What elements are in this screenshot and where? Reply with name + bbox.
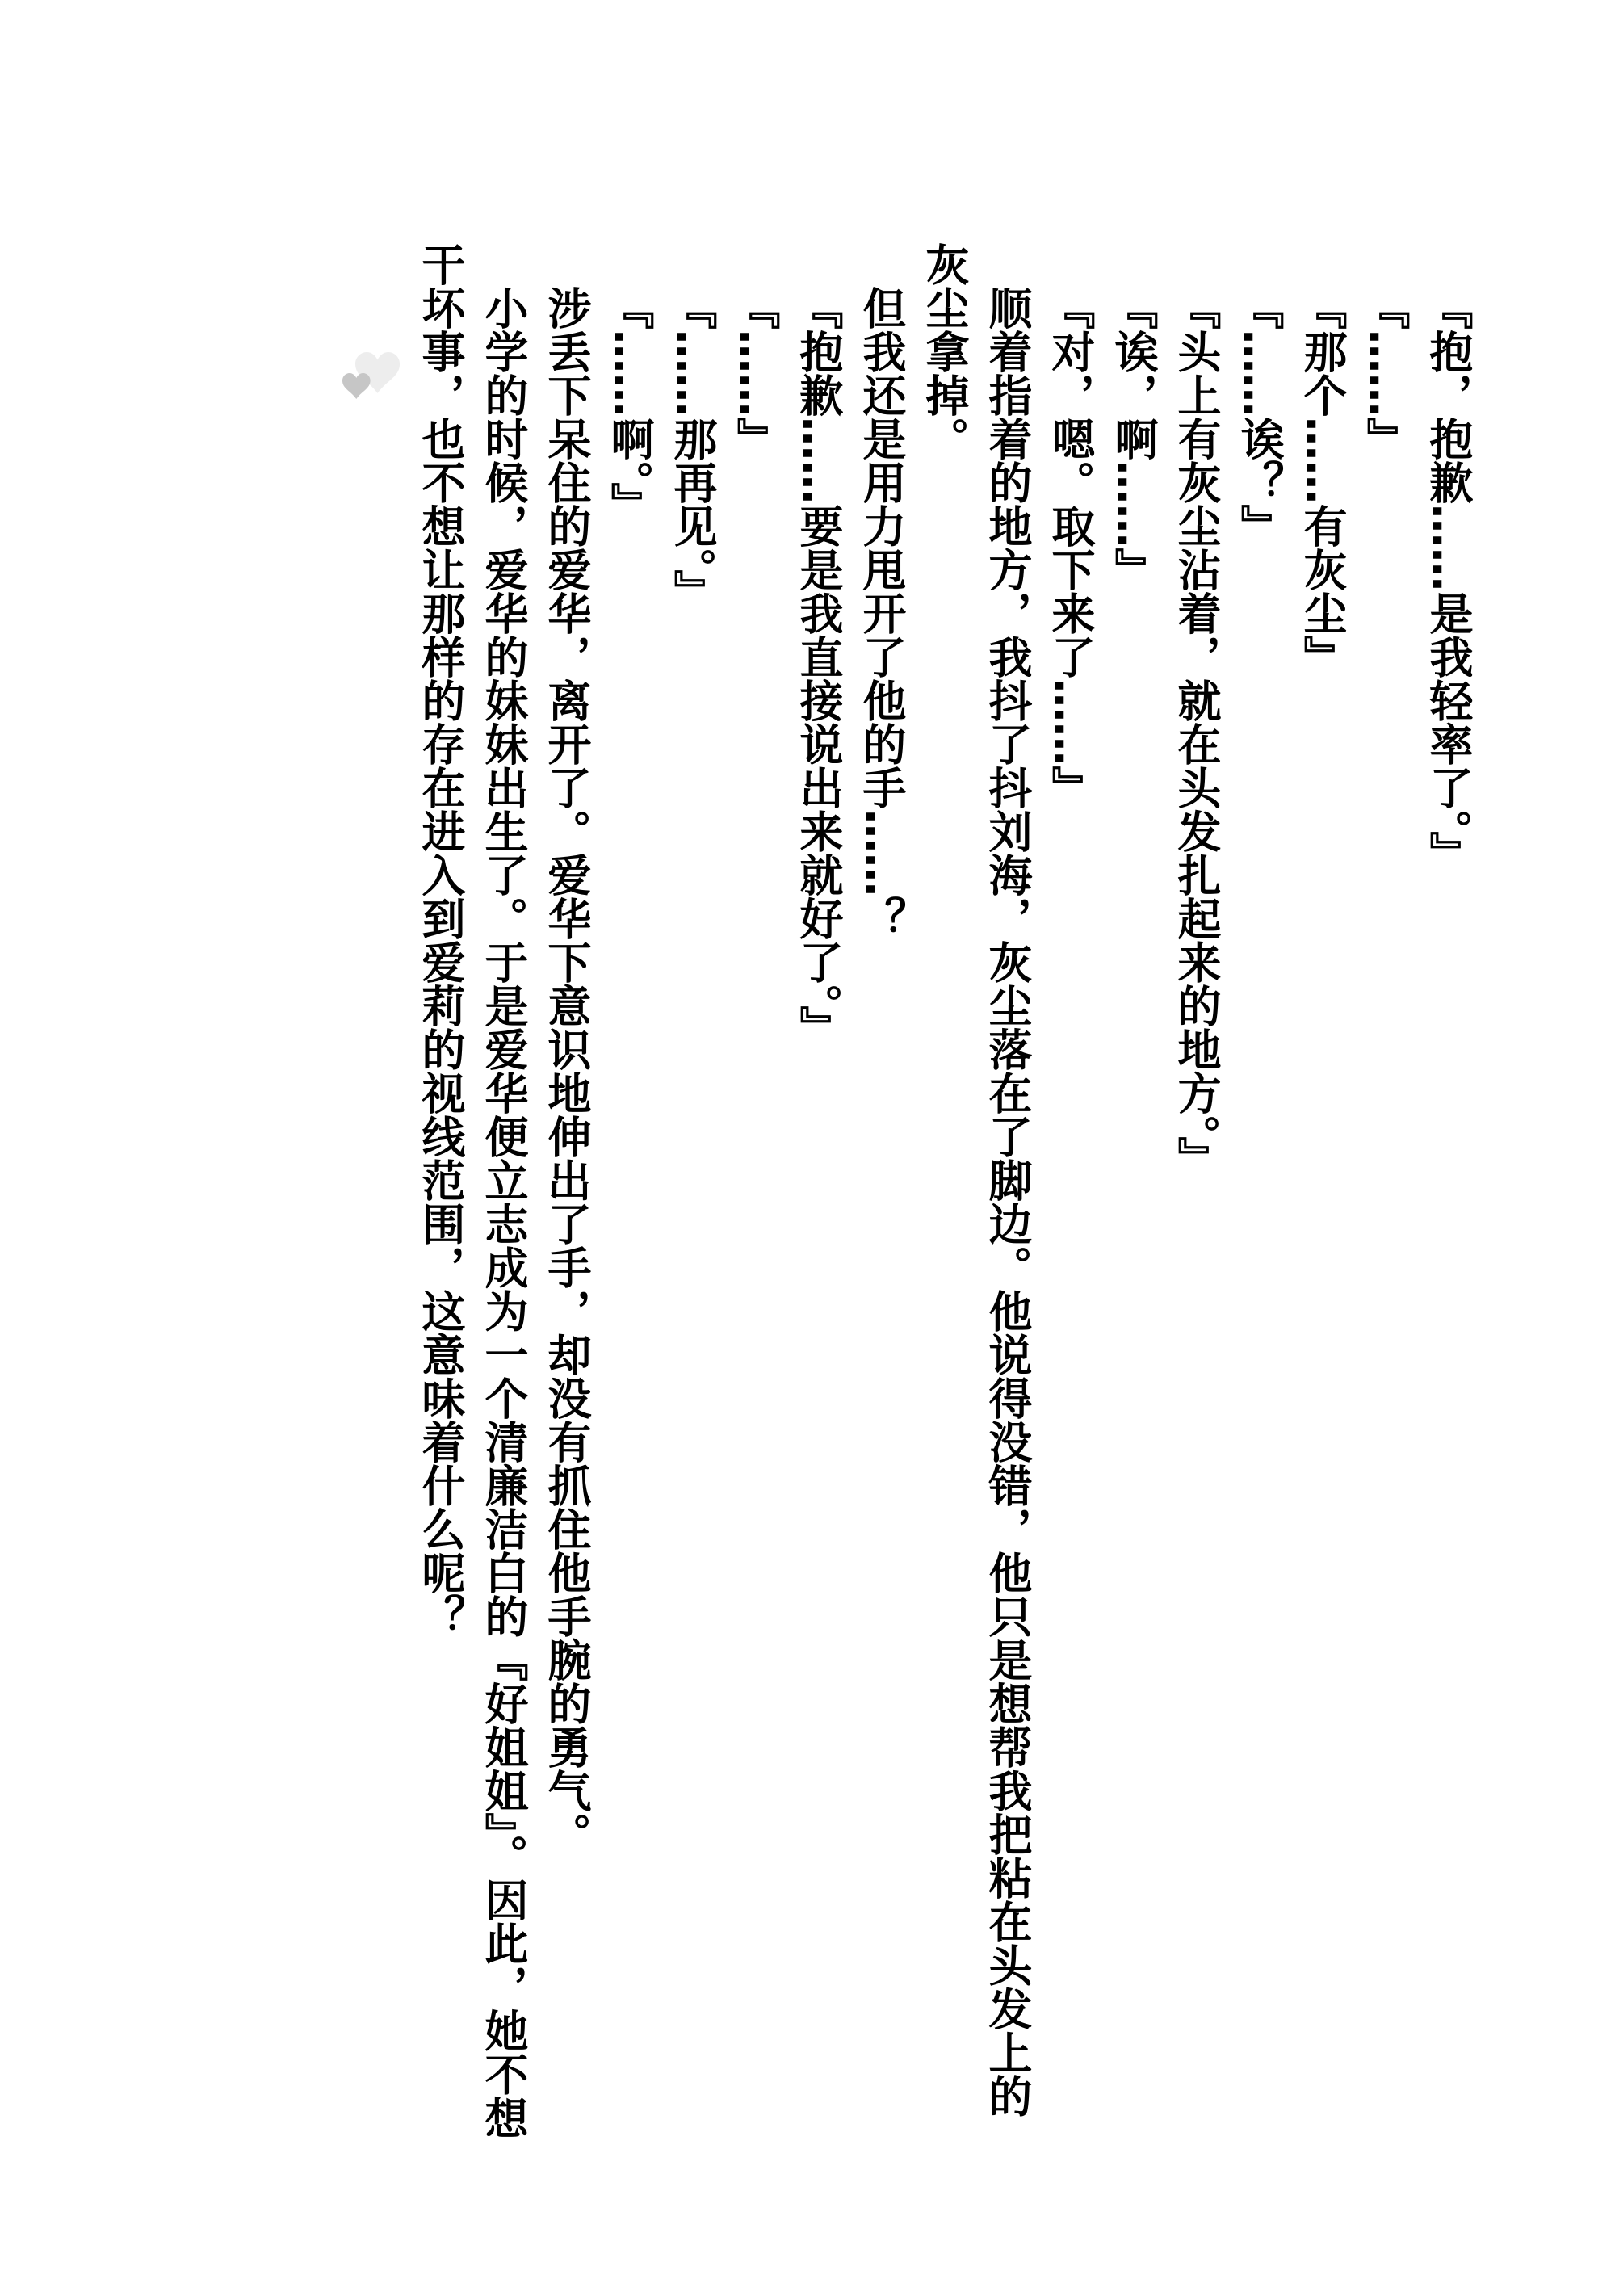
dialogue-line: 『抱，抱歉……是我轻率了。』 xyxy=(1416,242,1479,2148)
dialogue-line: 『抱歉……要是我直接说出来就好了。』 xyxy=(787,242,849,2148)
dialogue-line: 『头上有灰尘沾着，就在头发扎起来的地方。』 xyxy=(1164,242,1227,2148)
small-heart-shape xyxy=(342,373,371,399)
vertical-text-flow: 『抱，抱歉……是我轻率了。』 『……』 『那个……有灰尘』 『……诶？』 『头上… xyxy=(409,242,1479,2148)
dialogue-line: 『诶，啊……』 xyxy=(1101,242,1164,2148)
narration-paragraph: 但我还是用力甩开了他的手……？ xyxy=(849,242,912,2148)
narration-paragraph: 顺着指着的地方，我抖了抖刘海，灰尘落在了脚边。他说得没错，他只是想帮我把粘在头发… xyxy=(912,242,1038,2148)
two-hearts-icon xyxy=(342,350,401,402)
dialogue-line: 『……诶？』 xyxy=(1227,242,1290,2148)
dialogue-line: 『……』 xyxy=(1353,242,1416,2148)
dialogue-line: 『那个……有灰尘』 xyxy=(1290,242,1353,2148)
narration-paragraph: 涉丢下呆住的爱华，离开了。爱华下意识地伸出了手，却没有抓住他手腕的勇气。 xyxy=(535,242,598,2148)
dialogue-line: 『对，嗯。取下来了……』 xyxy=(1038,242,1101,2148)
dialogue-line: 『……啊。』 xyxy=(598,242,661,2148)
narration-paragraph: 小学的时候，爱华的妹妹出生了。于是爱华便立志成为一个清廉洁白的『好姐姐』。因此，… xyxy=(409,242,535,2148)
dialogue-line: 『……那再见。』 xyxy=(661,242,724,2148)
dialogue-line: 『……』 xyxy=(724,242,787,2148)
novel-page: 『抱，抱歉……是我轻率了。』 『……』 『那个……有灰尘』 『……诶？』 『头上… xyxy=(0,0,1615,2296)
